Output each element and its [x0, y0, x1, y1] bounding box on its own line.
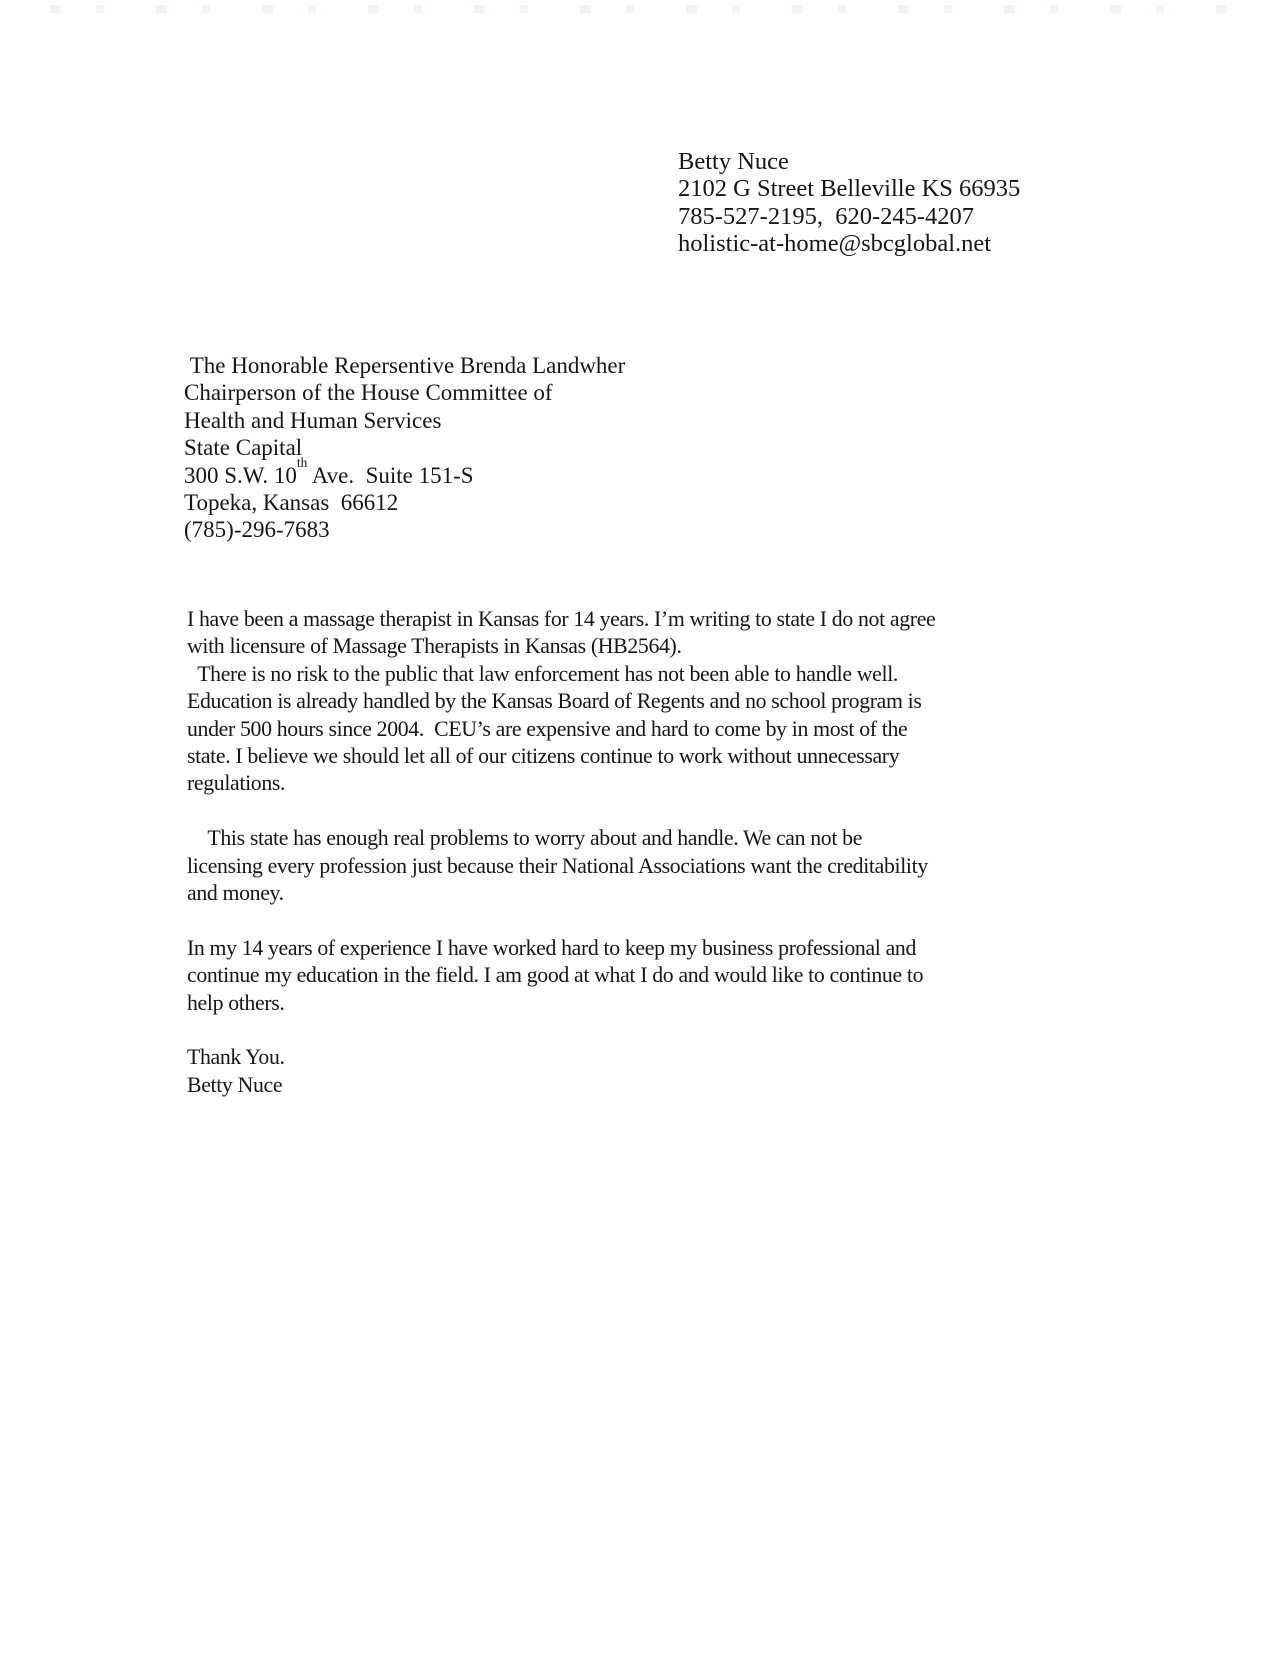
text-line: regulations.: [187, 770, 1087, 797]
recipient-committee-line: Health and Human Services: [184, 407, 625, 434]
text-line: with licensure of Massage Therapists in …: [187, 633, 1087, 660]
street-rest: Ave. Suite 151-S: [307, 463, 473, 488]
sender-street-address: 2102 G Street Belleville KS 66935: [678, 175, 1020, 202]
paragraph-4: In my 14 years of experience I have work…: [187, 935, 1087, 1017]
recipient-phone: (785)-296-7683: [184, 516, 625, 543]
sender-email: holistic-at-home@sbcglobal.net: [678, 230, 1020, 257]
text-line: There is no risk to the public that law …: [187, 661, 1087, 688]
closing-signature: Betty Nuce: [187, 1072, 1087, 1099]
text-line: continue my education in the field. I am…: [187, 962, 1087, 989]
letter-page: Betty Nuce 2102 G Street Belleville KS 6…: [0, 0, 1280, 1656]
recipient-name: The Honorable Repersentive Brenda Landwh…: [184, 352, 625, 379]
ordinal-suffix: th: [297, 455, 307, 470]
text-line: Education is already handled by the Kans…: [187, 688, 1087, 715]
text-line: This state has enough real problems to w…: [187, 825, 1087, 852]
paragraph-2: There is no risk to the public that law …: [187, 661, 1087, 798]
sender-block: Betty Nuce 2102 G Street Belleville KS 6…: [678, 148, 1020, 258]
recipient-building-line: State Capital: [184, 434, 625, 461]
closing-block: Thank You. Betty Nuce: [187, 1044, 1087, 1099]
scan-artifact-row: [50, 5, 1250, 13]
text-line: In my 14 years of experience I have work…: [187, 935, 1087, 962]
recipient-street-address: 300 S.W. 10th Ave. Suite 151-S: [184, 462, 625, 489]
letter-body: I have been a massage therapist in Kansa…: [187, 606, 1087, 1099]
paragraph-3: This state has enough real problems to w…: [187, 825, 1087, 907]
paragraph-1: I have been a massage therapist in Kansa…: [187, 606, 1087, 661]
text-line: under 500 hours since 2004. CEU’s are ex…: [187, 716, 1087, 743]
text-line: I have been a massage therapist in Kansa…: [187, 606, 1087, 633]
recipient-title-line: Chairperson of the House Committee of: [184, 379, 625, 406]
sender-phone-numbers: 785-527-2195, 620-245-4207: [678, 203, 1020, 230]
text-line: licensing every profession just because …: [187, 853, 1087, 880]
sender-name: Betty Nuce: [678, 148, 1020, 175]
street-number: 300 S.W. 10: [184, 463, 297, 488]
closing-thanks: Thank You.: [187, 1044, 1087, 1071]
text-line: help others.: [187, 990, 1087, 1017]
text-line: state. I believe we should let all of ou…: [187, 743, 1087, 770]
recipient-city-line: Topeka, Kansas 66612: [184, 489, 625, 516]
text-line: and money.: [187, 880, 1087, 907]
recipient-block: The Honorable Repersentive Brenda Landwh…: [184, 352, 625, 544]
